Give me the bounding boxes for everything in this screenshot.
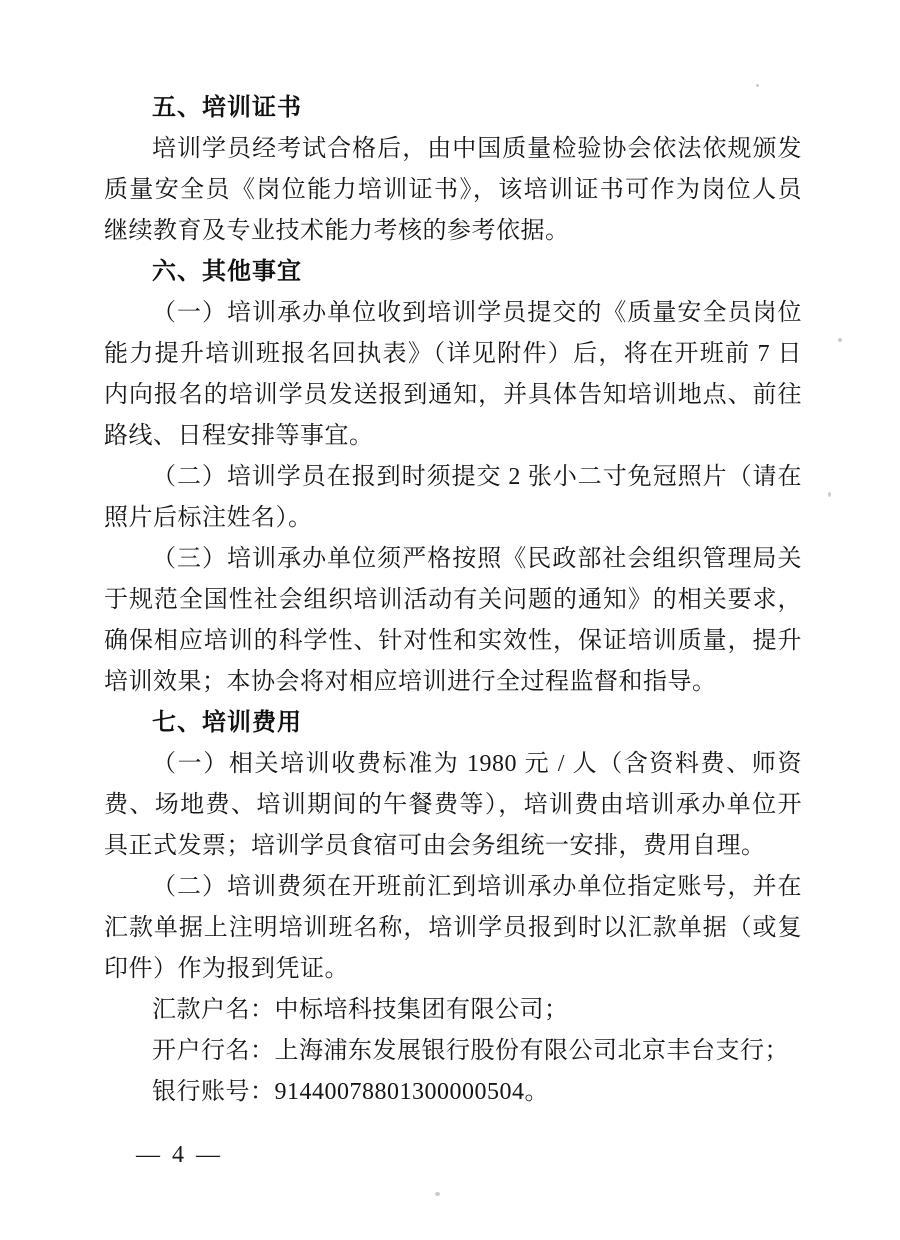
bank-account-number: 银行账号：91440078801300000504。 [104, 1072, 802, 1113]
remittance-account-name: 汇款户名：中标培科技集团有限公司； [104, 990, 802, 1031]
scan-speck [435, 1192, 440, 1196]
page-number: — 4 — [136, 1140, 223, 1170]
bank-branch-name: 开户行名：上海浦东发展银行股份有限公司北京丰台支行； [104, 1031, 802, 1072]
paragraph-certificate-issuance: 培训学员经考试合格后，由中国质量检验协会依法依规颁发质量安全员《岗位能力培训证书… [104, 129, 802, 252]
paragraph-fee-standard: （一）相关培训收费标准为 1980 元 / 人（含资料费、师资费、场地费、培训期… [104, 744, 802, 867]
document-body: 五、培训证书 培训学员经考试合格后，由中国质量检验协会依法依规颁发质量安全员《岗… [104, 88, 802, 1113]
section-training-certificate: 五、培训证书 培训学员经考试合格后，由中国质量检验协会依法依规颁发质量安全员《岗… [104, 88, 802, 252]
paragraph-payment-instruction: （二）培训费须在开班前汇到培训承办单位指定账号，并在汇款单据上注明培训班名称，培… [104, 867, 802, 990]
section-heading-other-matters: 六、其他事宜 [104, 252, 802, 293]
section-training-fees: 七、培训费用 （一）相关培训收费标准为 1980 元 / 人（含资料费、师资费、… [104, 703, 802, 1113]
paragraph-training-regulation: （三）培训承办单位须严格按照《民政部社会组织管理局关于规范全国性社会组织培训活动… [104, 539, 802, 703]
paragraph-photo-requirement: （二）培训学员在报到时须提交 2 张小二寸免冠照片（请在照片后标注姓名）。 [104, 457, 802, 539]
scan-speck [756, 84, 759, 87]
section-other-matters: 六、其他事宜 （一）培训承办单位收到培训学员提交的《质量安全员岗位能力提升培训班… [104, 252, 802, 703]
document-page: 五、培训证书 培训学员经考试合格后，由中国质量检验协会依法依规颁发质量安全员《岗… [0, 0, 900, 1240]
scan-speck [838, 338, 842, 342]
paragraph-registration-notice: （一）培训承办单位收到培训学员提交的《质量安全员岗位能力提升培训班报名回执表》（… [104, 293, 802, 457]
section-heading-training-fees: 七、培训费用 [104, 703, 802, 744]
section-heading-training-certificate: 五、培训证书 [104, 88, 802, 129]
scan-speck [828, 492, 831, 497]
